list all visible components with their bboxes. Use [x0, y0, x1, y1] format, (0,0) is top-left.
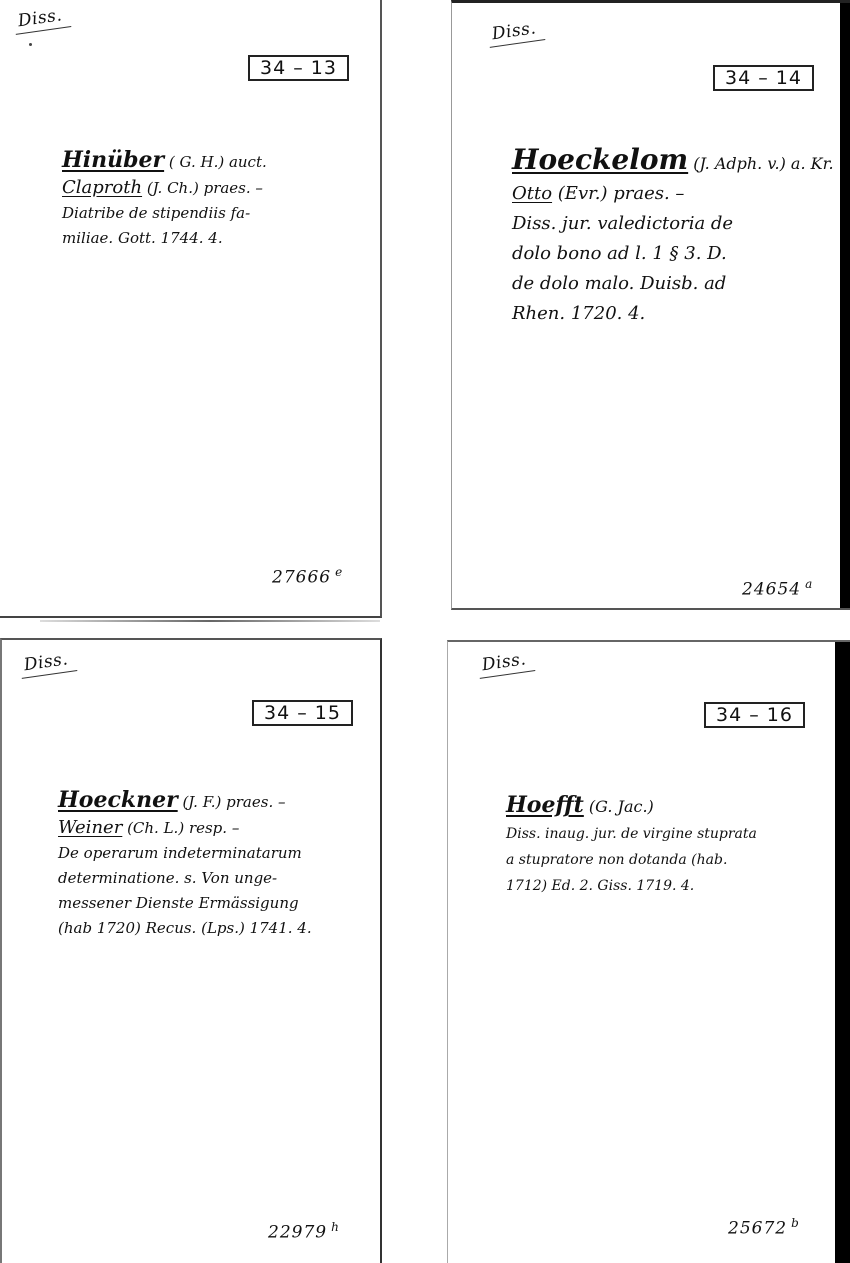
- entry-line: Rhen. 1720. 4.: [512, 299, 834, 329]
- entry-line: Hinüber ( G. H.) auct.: [62, 148, 267, 175]
- catalog-number-suffix: b: [791, 1216, 800, 1230]
- catalog-card-34-14: Diss. 34 – 14 Hoeckelom (J. Adph. v.) a.…: [451, 0, 850, 610]
- bibliographic-entry: Hoeckelom (J. Adph. v.) a. Kr. Otto (Evr…: [512, 145, 834, 329]
- bibliographic-entry: Hoefft (G. Jac.) Diss. inaug. jur. de vi…: [506, 792, 757, 899]
- entry-line: miliae. Gott. 1744. 4.: [62, 226, 267, 251]
- author-detail: (J. Adph. v.) a. Kr.: [688, 154, 833, 173]
- scan-border: [835, 642, 850, 1263]
- catalog-card-34-13: Diss. 34 – 13 Hinüber ( G. H.) auct. Cla…: [0, 0, 382, 618]
- praeses-detail: (Evr.) praes. –: [552, 183, 684, 204]
- entry-line: Claproth (J. Ch.) praes. –: [62, 175, 267, 201]
- catalog-number-suffix: a: [805, 577, 813, 591]
- entry-line: Hoefft (G. Jac.): [506, 792, 757, 821]
- entry-line: messener Dienste Ermässigung: [58, 891, 312, 916]
- shelf-number: 34 – 13: [248, 55, 349, 81]
- scan-border: [840, 3, 850, 608]
- category-mark: Diss.: [13, 4, 72, 35]
- author-name: Hinüber: [62, 147, 164, 173]
- catalog-number-value: 22979: [268, 1223, 327, 1243]
- author-detail: ( G. H.) auct.: [164, 153, 267, 171]
- respondent-detail: (Ch. L.) resp. –: [122, 819, 239, 837]
- entry-line: de dolo malo. Duisb. ad: [512, 269, 834, 299]
- praeses-name: Hoeckner: [58, 787, 178, 813]
- catalog-card-34-15: Diss. 34 – 15 Hoeckner (J. F.) praes. – …: [0, 638, 382, 1263]
- entry-line: Weiner (Ch. L.) resp. –: [58, 815, 312, 841]
- catalog-number-value: 27666: [272, 568, 331, 588]
- entry-line: Hoeckelom (J. Adph. v.) a. Kr.: [512, 145, 834, 179]
- bibliographic-entry: Hoeckner (J. F.) praes. – Weiner (Ch. L.…: [58, 788, 312, 941]
- shelf-number: 34 – 14: [713, 65, 814, 91]
- entry-line: Diss. jur. valedictoria de: [512, 209, 834, 239]
- catalog-number-suffix: e: [335, 565, 343, 579]
- catalog-card-34-16: Diss. 34 – 16 Hoefft (G. Jac.) Diss. ina…: [447, 640, 850, 1263]
- shelf-number: 34 – 15: [252, 700, 353, 726]
- catalog-number: 25672b: [728, 1216, 800, 1239]
- entry-line: Diss. inaug. jur. de virgine stuprata: [506, 821, 757, 847]
- entry-line: (hab 1720) Recus. (Lps.) 1741. 4.: [58, 916, 312, 941]
- entry-line: determinatione. s. Von unge-: [58, 866, 312, 891]
- catalog-number-suffix: h: [331, 1220, 340, 1234]
- entry-line: Otto (Evr.) praes. –: [512, 179, 834, 209]
- entry-line: a stupratore non dotanda (hab.: [506, 847, 757, 873]
- category-mark: Diss.: [477, 648, 536, 679]
- catalog-number-value: 25672: [728, 1219, 787, 1239]
- ink-speck: [29, 43, 32, 46]
- praeses-detail: (J. F.) praes. –: [178, 793, 286, 811]
- author-name: Hoefft: [506, 792, 584, 818]
- category-mark: Diss.: [19, 648, 78, 679]
- catalog-number-value: 24654: [742, 580, 801, 600]
- category-mark: Diss.: [487, 17, 546, 48]
- praeses-name: Otto: [512, 183, 552, 204]
- praeses-detail: (J. Ch.) praes. –: [142, 179, 263, 197]
- bibliographic-entry: Hinüber ( G. H.) auct. Claproth (J. Ch.)…: [62, 148, 267, 251]
- catalog-number: 24654a: [742, 577, 813, 600]
- respondent-name: Weiner: [58, 817, 122, 838]
- author-name: Hoeckelom: [512, 143, 688, 176]
- catalog-number: 27666e: [272, 565, 343, 588]
- card-edge-shadow: [40, 620, 380, 622]
- entry-line: 1712) Ed. 2. Giss. 1719. 4.: [506, 873, 757, 899]
- entry-line: De operarum indeterminatarum: [58, 841, 312, 866]
- catalog-number: 22979h: [268, 1220, 340, 1243]
- entry-line: dolo bono ad l. 1 § 3. D.: [512, 239, 834, 269]
- entry-line: Diatribe de stipendiis fa-: [62, 201, 267, 226]
- praeses-name: Claproth: [62, 177, 142, 198]
- entry-line: Hoeckner (J. F.) praes. –: [58, 788, 312, 815]
- shelf-number: 34 – 16: [704, 702, 805, 728]
- author-detail: (G. Jac.): [584, 797, 654, 816]
